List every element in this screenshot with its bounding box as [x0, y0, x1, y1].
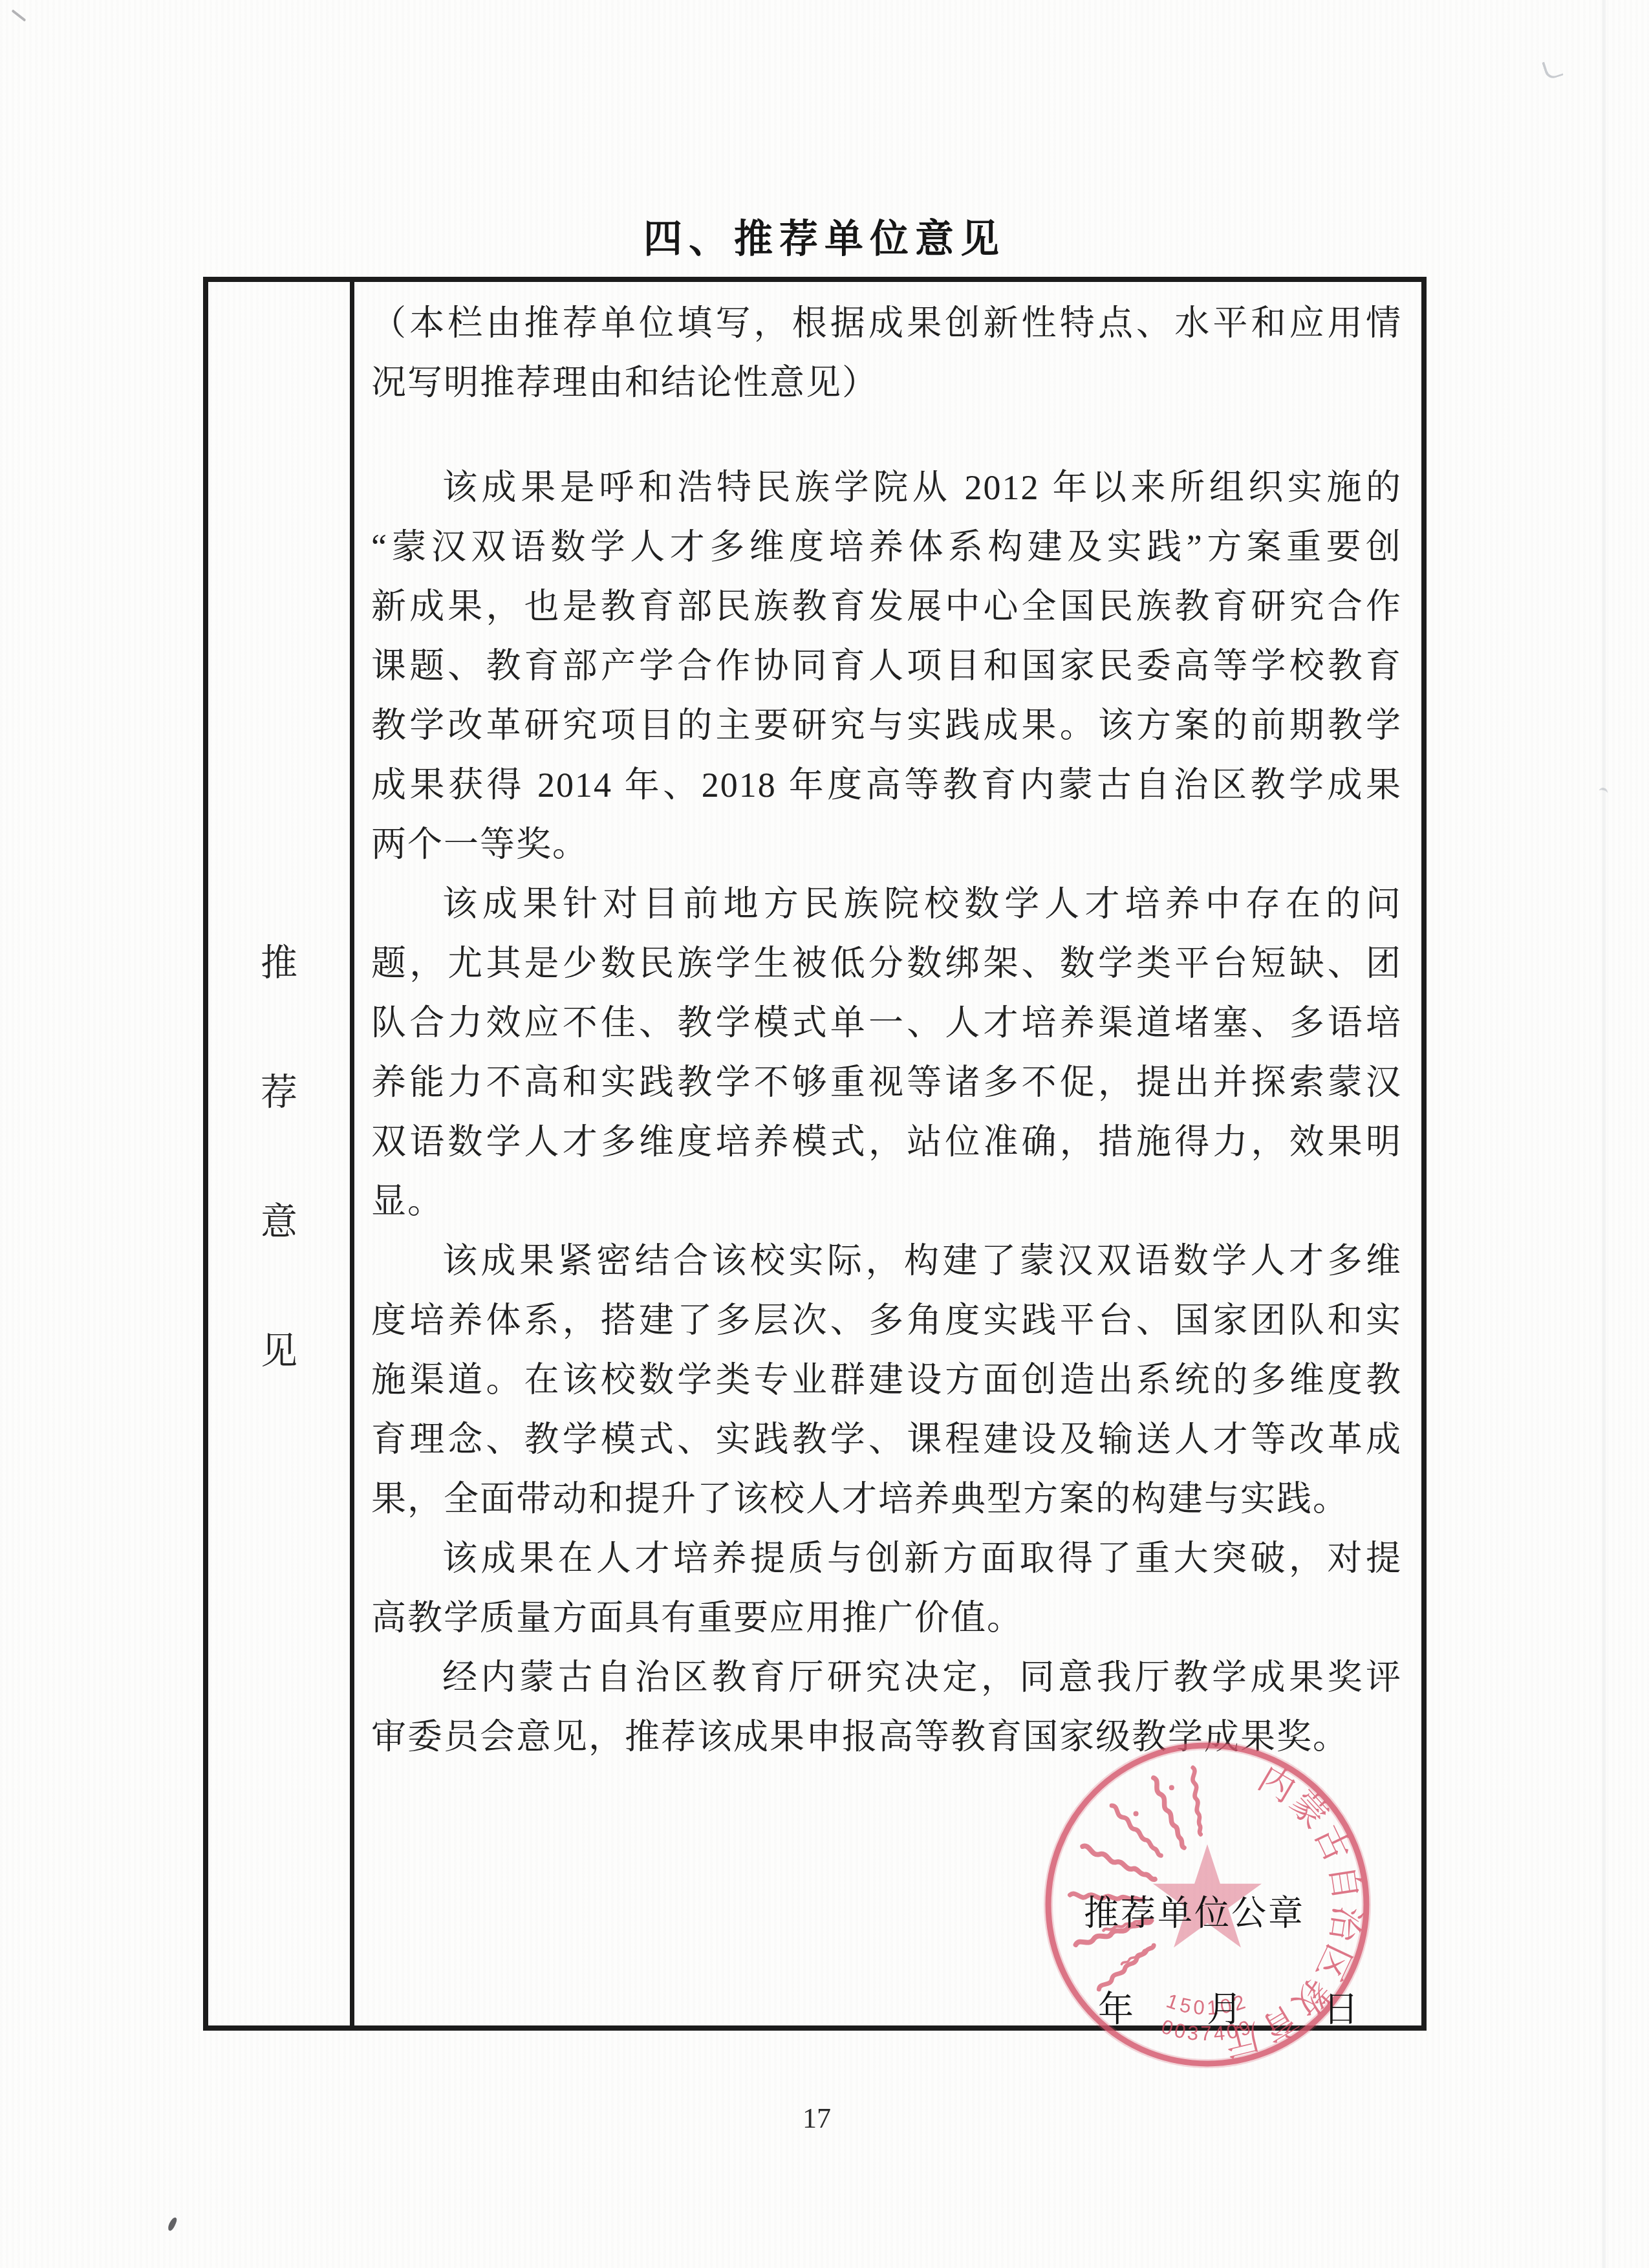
body-line: 课题、教育部产学合作协同育人项目和国家民委高等学校教育: [371, 636, 1402, 696]
body-line: 成果获得 2014 年、2018 年度高等教育内蒙古自治区教学成果: [371, 755, 1402, 815]
scanned-document-page: 四、推荐单位意见 推 荐 意 见 （本栏由推荐单位填写，根据成果创新性特点、水平…: [0, 0, 1649, 2268]
page-number: 17: [0, 2102, 1633, 2135]
body-line: 施渠道。在该校数学类专业群建设方面创造出系统的多维度教: [371, 1350, 1402, 1410]
body-line: 该成果针对目前地方民族院校数学人才培养中存在的问: [371, 874, 1402, 934]
body-line: “蒙汉双语数学人才多维度培养体系构建及实践”方案重要创: [371, 517, 1402, 577]
date-month-label: 月: [1207, 1980, 1242, 2031]
body-line: 教学改革研究项目的主要研究与实践成果。该方案的前期教学: [371, 696, 1402, 755]
scan-streak: [1602, 0, 1606, 2268]
scan-artifact: [167, 2216, 178, 2232]
row-label-char: 意: [261, 1192, 297, 1245]
scan-artifact: [12, 9, 27, 21]
date-line: 年 月 日: [0, 1980, 1649, 2019]
date-year-label: 年: [1098, 1980, 1134, 2031]
scan-artifact: [1598, 787, 1609, 798]
fill-instruction-line: 况写明推荐理由和结论性意见）: [371, 353, 1402, 413]
body-line: 队合力效应不佳、教学模式单一、人才培养渠道堵塞、多语培: [371, 993, 1402, 1053]
row-label-char: 见: [261, 1321, 297, 1374]
body-line: 两个一等奖。: [371, 815, 1402, 874]
body-line: 显。: [371, 1172, 1402, 1231]
body-line: 题，尤其是少数民族学生被低分数绑架、数学类平台短缺、团: [371, 934, 1402, 993]
body-line: 该成果紧密结合该校实际，构建了蒙汉双语数学人才多维: [371, 1231, 1402, 1291]
body-line: 养能力不高和实践教学不够重视等诸多不促，提出并探索蒙汉: [371, 1053, 1402, 1112]
body-line: 该成果是呼和浩特民族学院从 2012 年以来所组织实施的: [371, 458, 1402, 517]
body-line: 度培养体系，搭建了多层次、多角度实践平台、国家团队和实: [371, 1291, 1402, 1350]
body-line: 新成果，也是教育部民族教育发展中心全国民族教育研究合作: [371, 577, 1402, 636]
body-line: 双语数学人才多维度培养模式，站位准确，措施得力，效果明: [371, 1112, 1402, 1172]
body-line: 果，全面带动和提升了该校人才培养典型方案的构建与实践。: [371, 1469, 1402, 1529]
body-line: 该成果在人才培养提质与创新方面取得了重大突破，对提: [371, 1529, 1402, 1588]
date-day-label: 日: [1323, 1980, 1359, 2031]
scan-artifact: [1542, 58, 1564, 81]
body-line: 高教学质量方面具有重要应用推广价值。: [371, 1588, 1402, 1648]
body-line: 经内蒙古自治区教育厅研究决定，同意我厅教学成果奖评: [371, 1648, 1402, 1707]
row-label-cell: 推 荐 意 见: [208, 282, 354, 2025]
page-title: 四、推荐单位意见: [0, 208, 1649, 264]
body-line: 育理念、教学模式、实践教学、课程建设及输送人才等改革成: [371, 1410, 1402, 1469]
row-label-char: 荐: [261, 1063, 297, 1116]
fill-instruction-line: （本栏由推荐单位填写，根据成果创新性特点、水平和应用情: [371, 294, 1402, 353]
stamp-caption: 推荐单位公章: [1084, 1886, 1305, 1936]
row-label-char: 推: [261, 933, 297, 986]
